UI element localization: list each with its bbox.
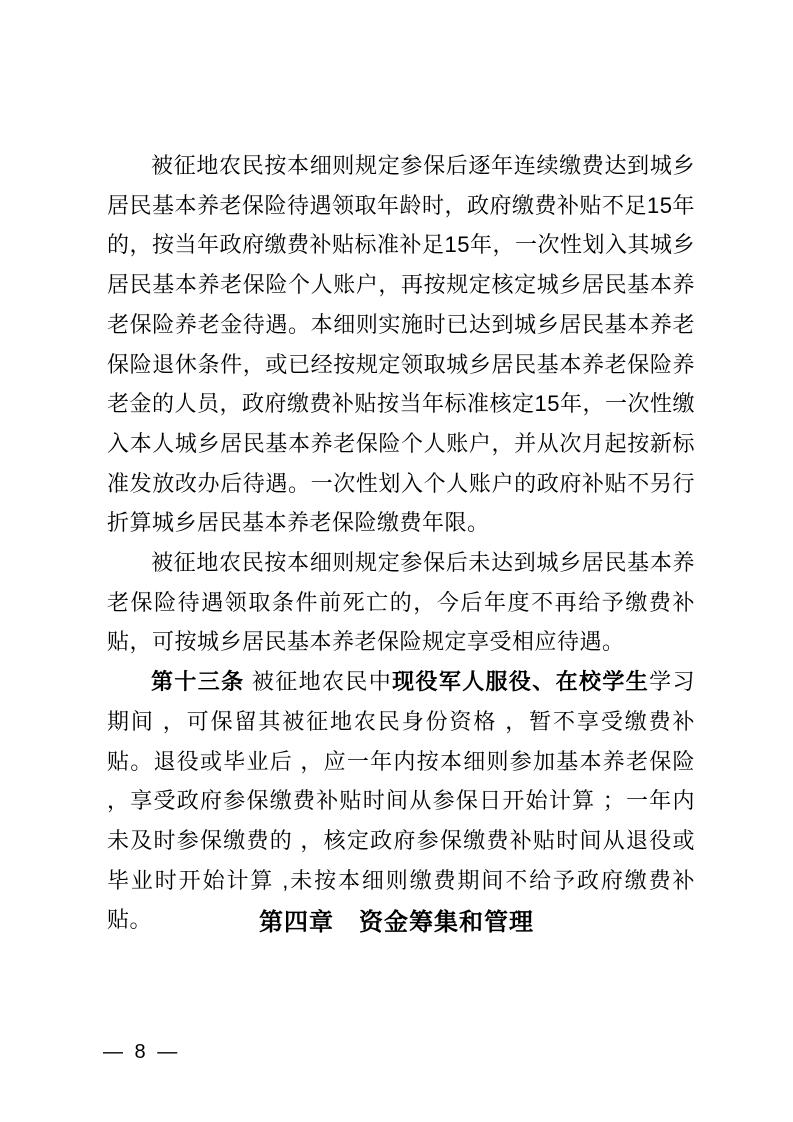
paragraph-subsidy-top-up: 被征地农民按本细则规定参保后逐年连续缴费达到城乡居民基本养老保险待遇领取年龄时，… [107, 146, 695, 543]
page-number: — 8 — [103, 1040, 180, 1064]
article-13-bold-phrase: 现役军人服役、在校学生 [392, 669, 649, 694]
chapter-heading: 第四章 资金筹集和管理 [0, 903, 793, 943]
article-13-label: 第十三条 [151, 669, 244, 694]
body-text: 被征地农民按本细则规定参保后逐年连续缴费达到城乡居民基本养老保险待遇领取年龄时，… [107, 146, 695, 940]
article-13-text-lead: 被征地农民中 [244, 669, 392, 694]
paragraph-article-13: 第十三条 被征地农民中现役军人服役、在校学生学习期间 ，可保留其被征地农民身份资… [107, 662, 695, 940]
paragraph-death-before-eligibility: 被征地农民按本细则规定参保后未达到城乡居民基本养老保险待遇领取条件前死亡的，今后… [107, 543, 695, 662]
article-13-text-body: 学习期间 ，可保留其被征地农民身份资格 ，暂不享受缴费补贴。退役或毕业后 ，应一… [107, 669, 695, 932]
document-page: 被征地农民按本细则规定参保后逐年连续缴费达到城乡居民基本养老保险待遇领取年龄时，… [0, 0, 793, 1122]
